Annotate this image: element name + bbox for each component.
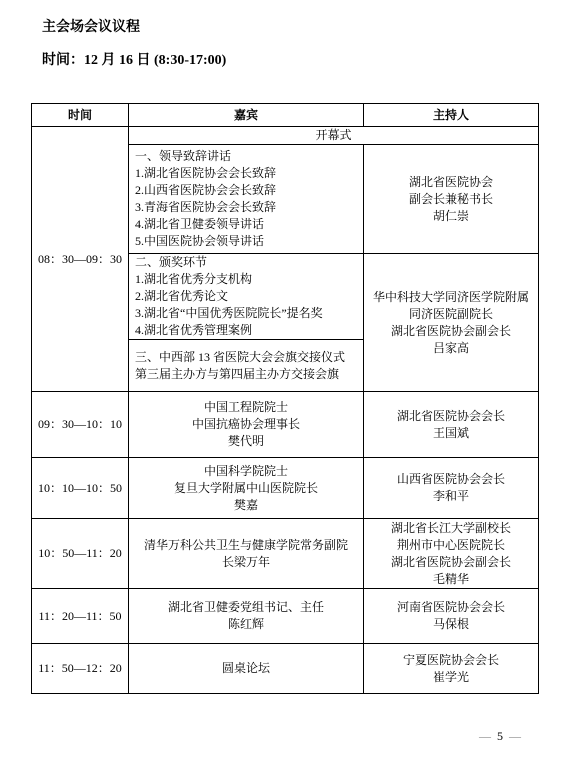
time-cell: 11：20—11：50 [32, 589, 129, 644]
host-cell: 山西省医院协会会长李和平 [364, 458, 539, 519]
agenda-date-line: 时间：12 月 16 日 (8:30-17:00) [42, 49, 226, 69]
guest-cell: 中国科学院院士复旦大学附属中山医院院长樊嘉 [129, 458, 364, 519]
table-row: 10：50—11：20 清华万科公共卫生与健康学院常务副院长梁万年 湖北省长江大… [32, 519, 539, 589]
guest-cell-speeches: 一、领导致辞讲话1.湖北省医院协会会长致辞2.山西省医院协会会长致辞3.青海省医… [129, 145, 364, 254]
opening-ceremony-banner: 开幕式 [129, 127, 539, 145]
table-row: 09：30—10：10 中国工程院院士中国抗癌协会理事长樊代明 湖北省医院协会会… [32, 392, 539, 458]
time-cell: 10：50—11：20 [32, 519, 129, 589]
guest-cell: 湖北省卫健委党组书记、主任陈红辉 [129, 589, 364, 644]
table-header-row: 时间 嘉宾 主持人 [32, 104, 539, 127]
col-header-guest: 嘉宾 [129, 104, 364, 127]
host-cell: 河南省医院协会会长马保根 [364, 589, 539, 644]
guest-cell-awards: 二、颁奖环节1.湖北省优秀分支机构2.湖北省优秀论文3.湖北省“中国优秀医院院长… [129, 254, 364, 340]
page-title: 主会场会议议程 [42, 16, 140, 36]
col-header-host: 主持人 [364, 104, 539, 127]
guest-cell: 清华万科公共卫生与健康学院常务副院长梁万年 [129, 519, 364, 589]
page-number-dash-right: — [503, 729, 527, 743]
opening-ceremony-row: 08：30—09：30 开幕式 [32, 127, 539, 145]
host-cell: 湖北省长江大学副校长荆州市中心医院院长湖北省医院协会副会长毛精华 [364, 519, 539, 589]
host-cell: 宁夏医院协会会长崔学光 [364, 644, 539, 694]
host-cell-awards-flag: 华中科技大学同济医学院附属同济医院副院长湖北省医院协会副会长吕家高 [364, 254, 539, 392]
table-row: 11：50—12：20 圆桌论坛 宁夏医院协会会长崔学光 [32, 644, 539, 694]
table-row: 10：10—10：50 中国科学院院士复旦大学附属中山医院院长樊嘉 山西省医院协… [32, 458, 539, 519]
host-cell: 湖北省医院协会会长王国斌 [364, 392, 539, 458]
time-cell: 11：50—12：20 [32, 644, 129, 694]
time-cell: 09：30—10：10 [32, 392, 129, 458]
col-header-time: 时间 [32, 104, 129, 127]
guest-cell-flag-handover: 三、中西部 13 省医院大会会旗交接仪式第三届主办方与第四届主办方交接会旗 [129, 340, 364, 392]
table-row: 11：20—11：50 湖北省卫健委党组书记、主任陈红辉 河南省医院协会会长马保… [32, 589, 539, 644]
time-cell-opening: 08：30—09：30 [32, 127, 129, 392]
guest-cell: 圆桌论坛 [129, 644, 364, 694]
page-number: —5— [450, 729, 550, 744]
time-cell: 10：10—10：50 [32, 458, 129, 519]
guest-cell: 中国工程院院士中国抗癌协会理事长樊代明 [129, 392, 364, 458]
page-number-dash-left: — [473, 729, 497, 743]
agenda-table: 时间 嘉宾 主持人 08：30—09：30 开幕式 一、领导致辞讲话1.湖北省医… [31, 103, 539, 694]
host-cell-speeches: 湖北省医院协会副会长兼秘书长胡仁崇 [364, 145, 539, 254]
